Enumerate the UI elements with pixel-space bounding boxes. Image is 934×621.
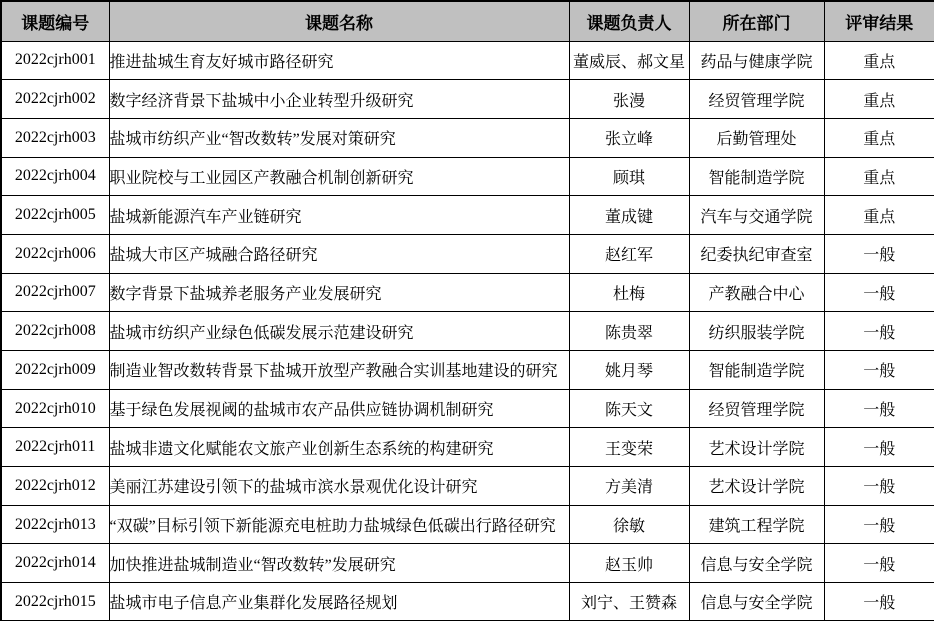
department-cell: 经贸管理学院 [689,80,824,119]
table-row: 2022cjrh015 盐城市电子信息产业集群化发展路径规划 刘宁、王赞森 信息… [1,583,934,621]
table-row: 2022cjrh011 盐城非遗文化赋能农文旅产业创新生态系统的构建研究 王变荣… [1,428,934,467]
project-leader-cell: 董威辰、郝文星 [569,41,689,80]
project-id-cell: 2022cjrh013 [1,505,109,544]
review-result-cell: 重点 [824,157,934,196]
review-result-cell: 一般 [824,428,934,467]
project-title-cell: “双碳”目标引领下新能源充电桩助力盐城绿色低碳出行路径研究 [109,505,569,544]
project-review-table-container: 课题编号 课题名称 课题负责人 所在部门 评审结果 2022cjrh001 推进… [0,0,934,621]
review-result-cell: 重点 [824,196,934,235]
project-title-cell: 基于绿色发展视阈的盐城市农产品供应链协调机制研究 [109,389,569,428]
table-row: 2022cjrh003 盐城市纺织产业“智改数转”发展对策研究 张立峰 后勤管理… [1,118,934,157]
department-cell: 艺术设计学院 [689,467,824,506]
project-id-cell: 2022cjrh009 [1,351,109,390]
project-id-cell: 2022cjrh014 [1,544,109,583]
table-row: 2022cjrh004 职业院校与工业园区产教融合机制创新研究 顾琪 智能制造学… [1,157,934,196]
project-leader-cell: 赵玉帅 [569,544,689,583]
review-result-cell: 一般 [824,234,934,273]
project-leader-cell: 陈贵翠 [569,312,689,351]
department-cell: 信息与安全学院 [689,544,824,583]
column-header-project-leader: 课题负责人 [569,1,689,41]
project-leader-cell: 方美清 [569,467,689,506]
project-leader-cell: 张立峰 [569,118,689,157]
project-title-cell: 盐城市纺织产业“智改数转”发展对策研究 [109,118,569,157]
project-leader-cell: 徐敏 [569,505,689,544]
project-title-cell: 盐城市纺织产业绿色低碳发展示范建设研究 [109,312,569,351]
review-result-cell: 一般 [824,467,934,506]
table-row: 2022cjrh013 “双碳”目标引领下新能源充电桩助力盐城绿色低碳出行路径研… [1,505,934,544]
project-title-cell: 制造业智改数转背景下盐城开放型产教融合实训基地建设的研究 [109,351,569,390]
review-result-cell: 重点 [824,118,934,157]
review-result-cell: 一般 [824,583,934,621]
department-cell: 艺术设计学院 [689,428,824,467]
table-row: 2022cjrh005 盐城新能源汽车产业链研究 董成键 汽车与交通学院 重点 [1,196,934,235]
table-row: 2022cjrh010 基于绿色发展视阈的盐城市农产品供应链协调机制研究 陈天文… [1,389,934,428]
column-header-project-id: 课题编号 [1,1,109,41]
project-leader-cell: 陈天文 [569,389,689,428]
department-cell: 后勤管理处 [689,118,824,157]
review-result-cell: 一般 [824,351,934,390]
review-result-cell: 一般 [824,273,934,312]
review-result-cell: 一般 [824,312,934,351]
table-row: 2022cjrh006 盐城大市区产城融合路径研究 赵红军 纪委执纪审查室 一般 [1,234,934,273]
project-title-cell: 盐城市电子信息产业集群化发展路径规划 [109,583,569,621]
project-leader-cell: 顾琪 [569,157,689,196]
department-cell: 信息与安全学院 [689,583,824,621]
project-leader-cell: 王变荣 [569,428,689,467]
project-id-cell: 2022cjrh002 [1,80,109,119]
column-header-department: 所在部门 [689,1,824,41]
review-result-cell: 重点 [824,41,934,80]
project-leader-cell: 张漫 [569,80,689,119]
table-row: 2022cjrh009 制造业智改数转背景下盐城开放型产教融合实训基地建设的研究… [1,351,934,390]
department-cell: 建筑工程学院 [689,505,824,544]
project-leader-cell: 杜梅 [569,273,689,312]
project-title-cell: 数字经济背景下盐城中小企业转型升级研究 [109,80,569,119]
project-id-cell: 2022cjrh003 [1,118,109,157]
department-cell: 经贸管理学院 [689,389,824,428]
project-title-cell: 推进盐城生育友好城市路径研究 [109,41,569,80]
project-id-cell: 2022cjrh011 [1,428,109,467]
project-review-table: 课题编号 课题名称 课题负责人 所在部门 评审结果 2022cjrh001 推进… [0,0,934,621]
department-cell: 智能制造学院 [689,351,824,390]
project-leader-cell: 董成键 [569,196,689,235]
column-header-project-title: 课题名称 [109,1,569,41]
project-id-cell: 2022cjrh015 [1,583,109,621]
project-id-cell: 2022cjrh005 [1,196,109,235]
project-title-cell: 盐城非遗文化赋能农文旅产业创新生态系统的构建研究 [109,428,569,467]
header-row: 课题编号 课题名称 课题负责人 所在部门 评审结果 [1,1,934,41]
project-id-cell: 2022cjrh001 [1,41,109,80]
department-cell: 药品与健康学院 [689,41,824,80]
project-leader-cell: 姚月琴 [569,351,689,390]
project-leader-cell: 刘宁、王赞森 [569,583,689,621]
department-cell: 纪委执纪审查室 [689,234,824,273]
table-row: 2022cjrh007 数字背景下盐城养老服务产业发展研究 杜梅 产教融合中心 … [1,273,934,312]
table-row: 2022cjrh012 美丽江苏建设引领下的盐城市滨水景观优化设计研究 方美清 … [1,467,934,506]
review-result-cell: 一般 [824,544,934,583]
project-id-cell: 2022cjrh004 [1,157,109,196]
project-title-cell: 盐城大市区产城融合路径研究 [109,234,569,273]
department-cell: 纺织服装学院 [689,312,824,351]
project-leader-cell: 赵红军 [569,234,689,273]
review-result-cell: 重点 [824,80,934,119]
review-result-cell: 一般 [824,389,934,428]
table-row: 2022cjrh002 数字经济背景下盐城中小企业转型升级研究 张漫 经贸管理学… [1,80,934,119]
project-title-cell: 职业院校与工业园区产教融合机制创新研究 [109,157,569,196]
department-cell: 汽车与交通学院 [689,196,824,235]
table-row: 2022cjrh008 盐城市纺织产业绿色低碳发展示范建设研究 陈贵翠 纺织服装… [1,312,934,351]
project-id-cell: 2022cjrh006 [1,234,109,273]
project-id-cell: 2022cjrh007 [1,273,109,312]
project-title-cell: 美丽江苏建设引领下的盐城市滨水景观优化设计研究 [109,467,569,506]
project-id-cell: 2022cjrh010 [1,389,109,428]
column-header-review-result: 评审结果 [824,1,934,41]
project-title-cell: 盐城新能源汽车产业链研究 [109,196,569,235]
table-row: 2022cjrh014 加快推进盐城制造业“智改数转”发展研究 赵玉帅 信息与安… [1,544,934,583]
department-cell: 产教融合中心 [689,273,824,312]
project-title-cell: 加快推进盐城制造业“智改数转”发展研究 [109,544,569,583]
review-result-cell: 一般 [824,505,934,544]
project-id-cell: 2022cjrh012 [1,467,109,506]
project-id-cell: 2022cjrh008 [1,312,109,351]
table-row: 2022cjrh001 推进盐城生育友好城市路径研究 董威辰、郝文星 药品与健康… [1,41,934,80]
project-title-cell: 数字背景下盐城养老服务产业发展研究 [109,273,569,312]
department-cell: 智能制造学院 [689,157,824,196]
